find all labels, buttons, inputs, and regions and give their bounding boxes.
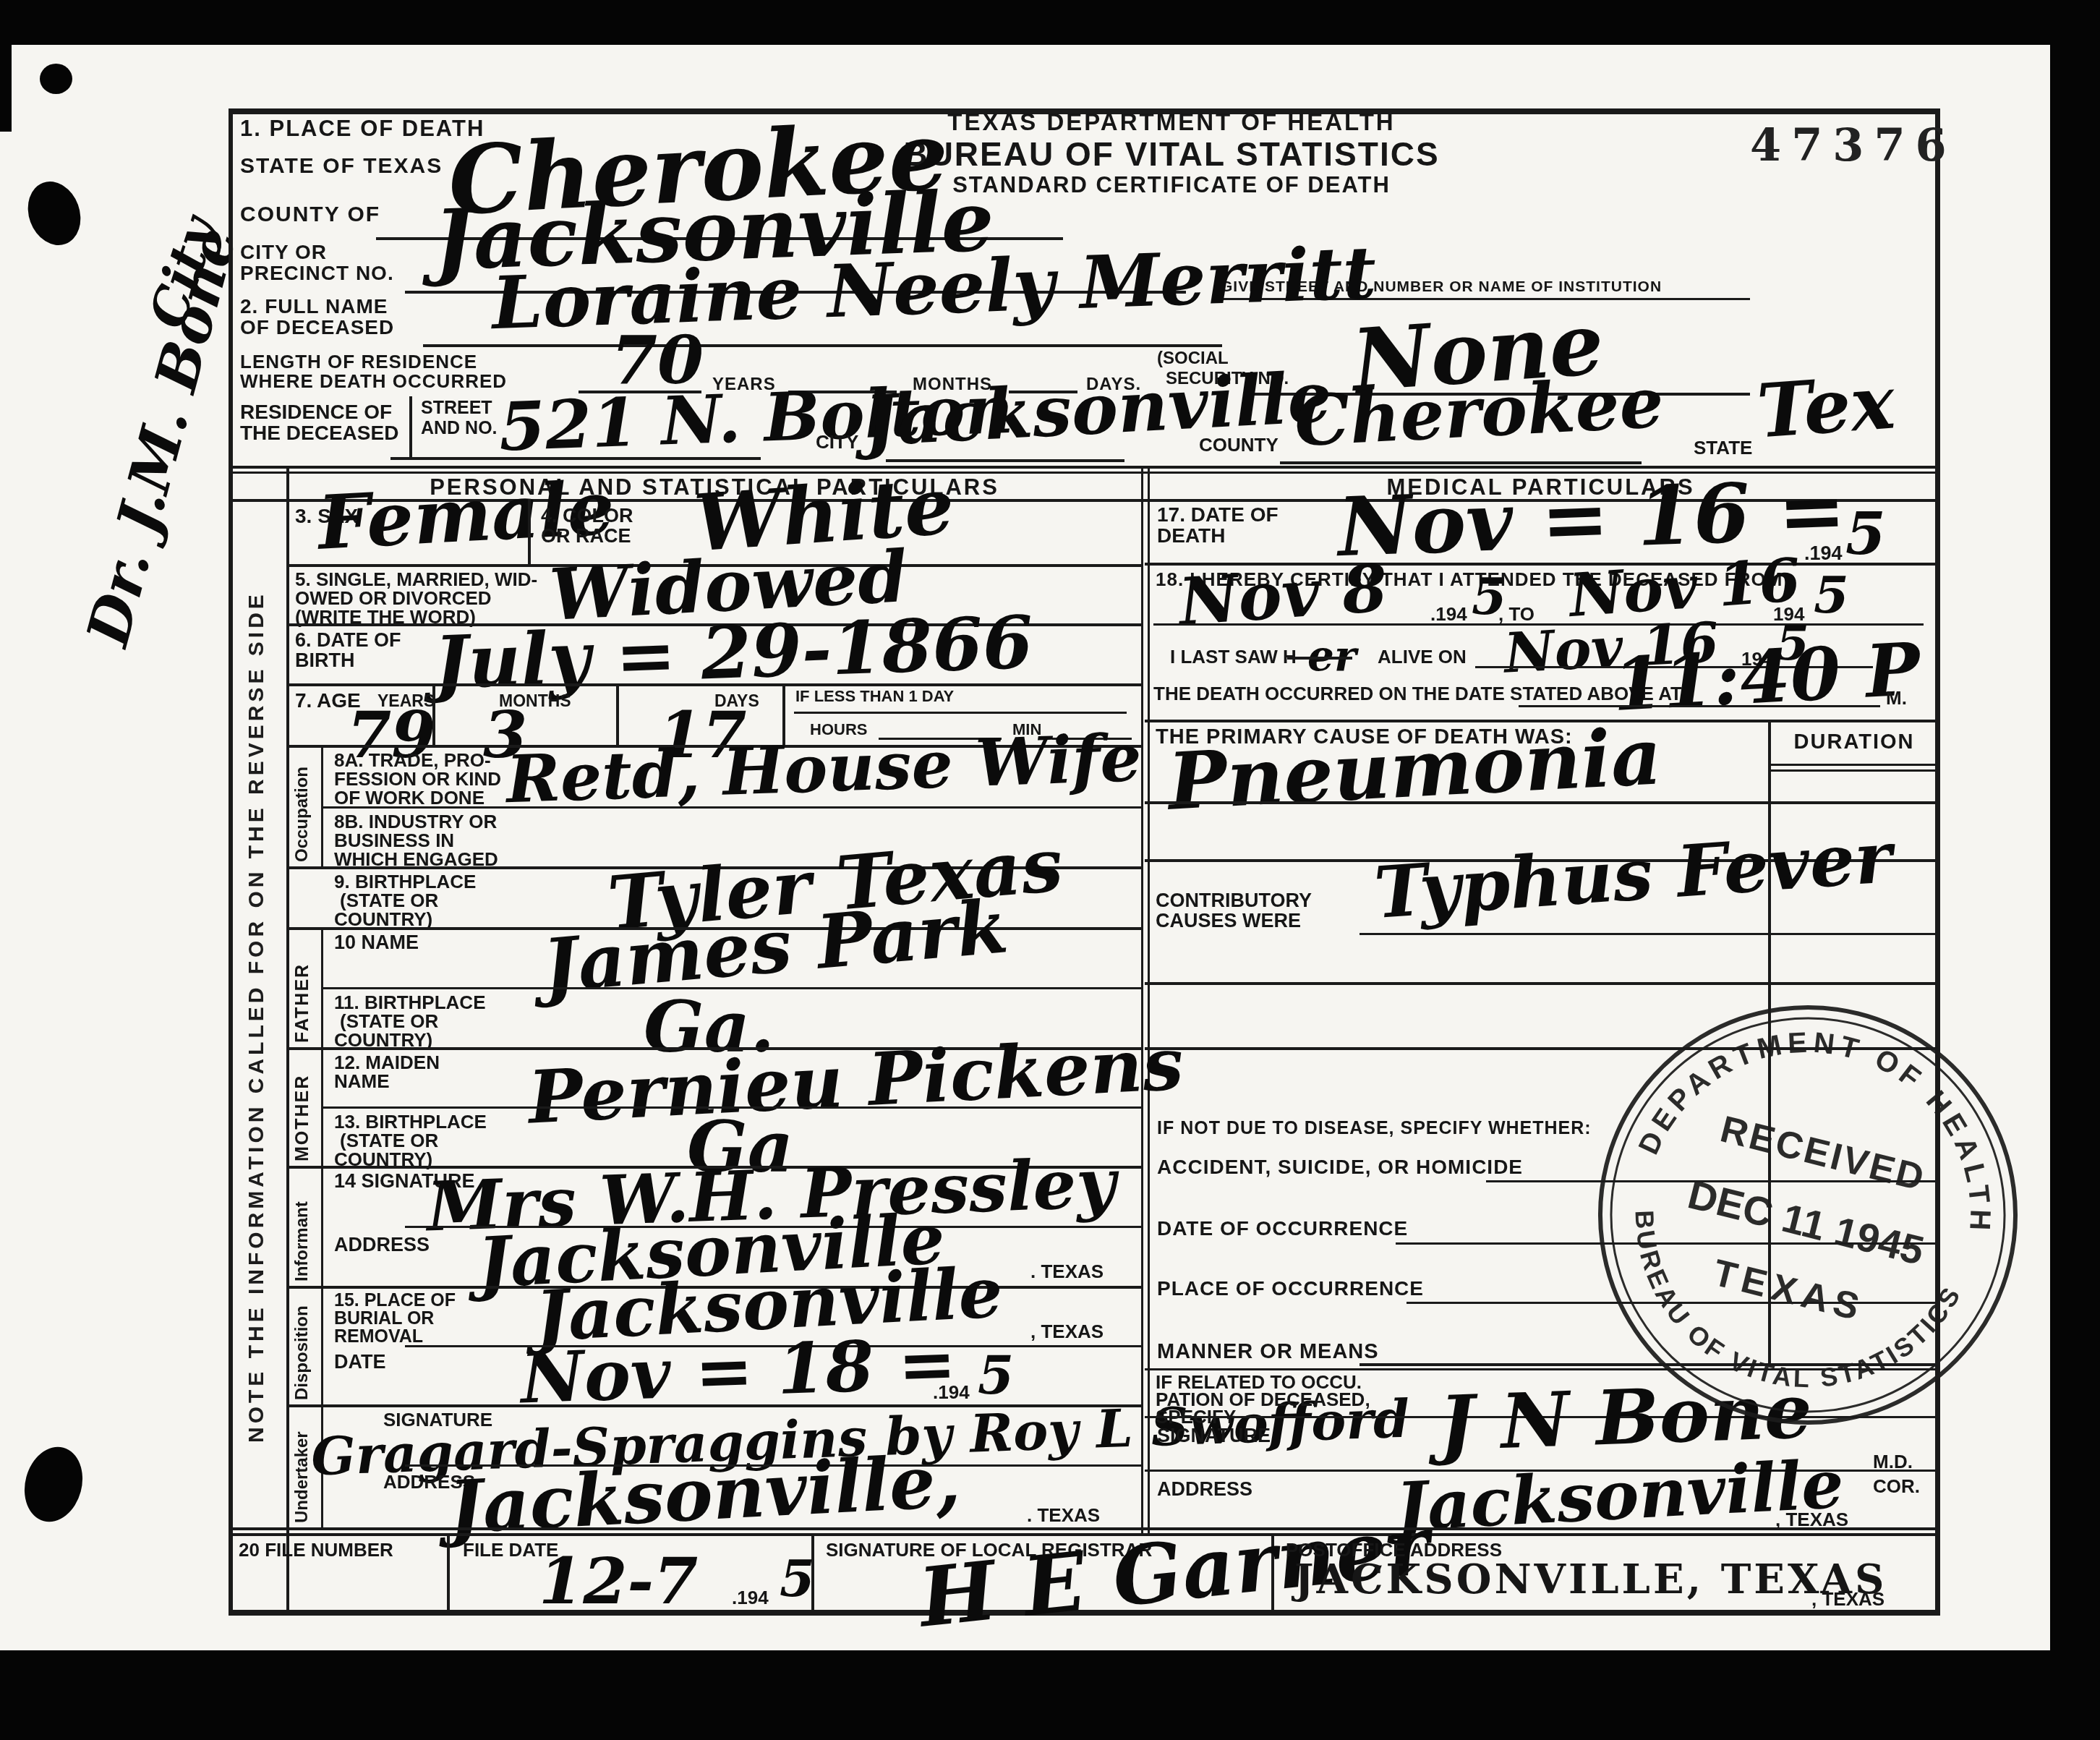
burial-label-3: REMOVAL [334,1328,423,1346]
primary-cause-value: Pneumonia [1166,717,1664,822]
occurred-m-label: M. [1886,688,1907,707]
industry-label-2: BUSINESS IN [334,831,454,850]
residence-label-2: THE DECEASED [240,423,398,443]
county2-label: COUNTY [1199,435,1279,454]
burial-date-label: DATE [334,1352,386,1372]
dob-label-2: BIRTH [295,651,355,670]
scan-edge-left [0,45,12,132]
scan-edge-top [0,0,2100,45]
age-divider-1 [432,683,435,745]
marital-label-2: OWED OR DIVORCED [295,589,492,607]
rule [286,683,1143,686]
maiden-label-2: NAME [334,1072,390,1091]
sex-color-divider [528,499,531,564]
birthplace-label-2: (STATE OR [340,891,438,910]
dod-label-2: DEATH [1157,526,1225,546]
gutter-line-disposition [321,1286,323,1404]
physician-sig-label: SIGNATURE [1157,1426,1271,1446]
scan-speck [40,64,72,94]
dod-year-printed: .194 [1804,544,1843,563]
cor-label: COR. [1873,1477,1920,1496]
birthplace-label-1: 9. BIRTHPLACE [334,872,476,891]
mother-group-label: MOTHER [294,1052,312,1161]
undertaker-group-label: Undertaker [294,1409,311,1523]
bottom-divider-1 [447,1533,450,1610]
father-bp-label-2: (STATE OR [340,1012,438,1031]
certificate-number: 47376 [1750,123,1957,168]
trade-label-3: OF WORK DONE [334,788,485,807]
accident-label: ACCIDENT, SUICIDE, OR HOMICIDE [1157,1157,1523,1177]
occurred-label: THE DEATH OCCURRED ON THE DATE STATED AB… [1153,684,1682,703]
rule [1771,769,1937,772]
rule [321,806,1143,809]
postoffice-suffix: , TEXAS [1811,1590,1885,1608]
age-less-label: IF LESS THAN 1 DAY [795,688,954,704]
residence-label-1: RESIDENCE OF [240,402,392,422]
from-year-printed: .194 [1430,605,1467,623]
postoffice-value: JACKSONVILLE, TEXAS [1294,1559,1887,1600]
residence-length-label-1: LENGTH OF RESIDENCE [240,352,477,371]
city-label-2: PRECINCT NO. [240,263,394,283]
rule [423,344,1222,347]
full-name-label-2: OF DECEASED [240,317,394,338]
place-occurrence-label: PLACE OF OCCURRENCE [1157,1279,1424,1299]
mother-bp-label-2: (STATE OR [340,1131,438,1150]
to-year-hw: 5 [1814,570,1849,620]
inner-left-border [286,466,289,1610]
marital-label-1: 5. SINGLE, MARRIED, WID- [295,570,537,589]
form-border-left [229,108,233,1616]
informant-group-label: Informant [294,1170,311,1281]
dob-label-1: 6. DATE OF [295,631,401,650]
physician-addr-label: ADDRESS [1157,1480,1252,1499]
city-label-1: CITY OR [240,242,327,263]
burial-date-year-hw: 5 [978,1349,1014,1402]
occurred-time-value: 11:40 P [1611,633,1922,721]
column-divider-b [1148,466,1150,1535]
not-disease-label: IF NOT DUE TO DISEASE, SPECIFY WHETHER: [1157,1120,1592,1138]
informant-addr-label: ADDRESS [334,1235,430,1255]
trade-label-2: FESSION OR KIND [334,769,501,788]
county2-value: Cherokee [1293,368,1665,457]
trade-label-1: 8A. TRADE, PRO- [334,751,491,769]
file-date-year-hw: 5 [780,1553,815,1604]
city2-label: CITY [816,432,858,451]
rule [390,457,761,460]
age-divider-2 [616,683,619,745]
state-of-texas-label: STATE OF TEXAS [240,155,443,177]
father-name-label: 10 NAME [334,933,419,952]
rule [1145,982,1937,985]
lastsaw-label-1: I LAST SAW H [1170,647,1297,666]
file-date-value: 12-7 [539,1549,698,1613]
color-label-1: 4. COLOR [541,506,633,526]
lastsaw-label-2: ALIVE ON [1378,647,1467,666]
rule [1360,933,1937,935]
state2-value: Tex [1755,366,1898,449]
father-group-label: FATHER [294,931,312,1043]
dod-label-1: 17. DATE OF [1157,505,1279,525]
state2-label: STATE [1694,438,1752,457]
birthplace-label-3: COUNTRY) [334,910,432,929]
lastsaw-overwrite: er [1307,635,1356,677]
strike-mark [1287,657,1352,660]
gutter-line-occupation [321,745,323,866]
full-name-label-1: 2. FULL NAME [240,297,388,317]
rule [1519,705,1880,707]
duration-label: DURATION [1771,732,1937,753]
file-date-year-printed: .194 [732,1588,769,1607]
rule [1280,461,1642,464]
rule [794,712,1127,714]
rule [1771,764,1937,766]
scan-edge-bottom [0,1650,2100,1740]
manner-label: MANNER OR MEANS [1157,1342,1379,1362]
industry-label-1: 8B. INDUSTRY OR [334,812,497,831]
scan-edge-right [2050,45,2100,1650]
reverse-side-note: NOTE THE INFORMATION CALLED FOR ON THE R… [246,325,268,1443]
gutter-line-informant [321,1166,323,1286]
burial-date-value: Nov = 18 = [520,1329,957,1414]
informant-addr-suffix: . TEXAS [1030,1262,1104,1281]
mother-bp-label-1: 13. BIRTHPLACE [334,1112,487,1131]
burial-suffix: , TEXAS [1030,1322,1104,1341]
undertaker-addr-suffix: . TEXAS [1027,1506,1100,1524]
punch-hole-top [20,174,90,253]
father-bp-label-1: 11. BIRTHPLACE [334,993,486,1012]
stamp-texas: TEXAS [1709,1252,1869,1330]
residence-divider [409,396,412,460]
disposition-group-label: Disposition [294,1290,311,1400]
date-occurrence-label: DATE OF OCCURRENCE [1157,1219,1408,1239]
county-of-label: COUNTY OF [240,204,380,226]
punch-hole-bottom [17,1441,91,1529]
dod-year-hw: 5 [1845,505,1886,563]
contributory-label-1: CONTRIBUTORY [1156,891,1312,910]
maiden-label-1: 12. MAIDEN [334,1053,440,1072]
trade-value: Retd, House Wife [505,725,1143,813]
contributory-label-2: CAUSES WERE [1156,911,1301,931]
burial-date-year-printed: .194 [933,1383,970,1402]
color-label-2: OR RACE [541,526,631,546]
physician-addr-suffix: , TEXAS [1775,1510,1848,1529]
rule [229,1527,1939,1530]
street-label-2: AND NO. [421,419,498,438]
occupation-group-label: Occupation [294,748,311,862]
contributory-value: Typhus Fever [1372,822,1894,929]
street-label-1: STREET [421,399,492,417]
rule [1145,801,1937,804]
maiden-value: Pernieu Pickens [526,1027,1185,1133]
file-number-label: 20 FILE NUMBER [239,1540,393,1559]
residence-length-label-2: WHERE DEATH OCCURRED [240,372,507,391]
burial-label-1: 15. PLACE OF [334,1292,456,1310]
death-certificate-scan: NOTE THE INFORMATION CALLED FOR ON THE R… [0,0,2100,1740]
burial-label-2: BURIAL OR [334,1310,434,1328]
